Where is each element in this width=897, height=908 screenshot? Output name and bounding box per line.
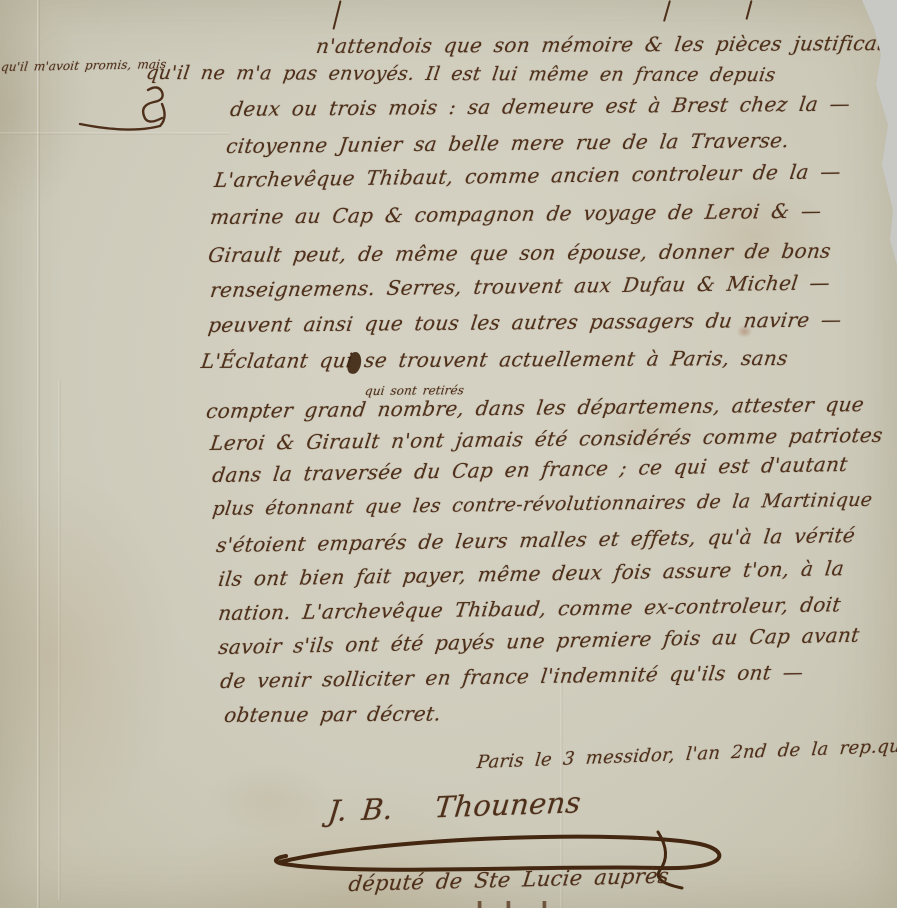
signature-name: Thounens [433,785,582,824]
cutoff-bottom-line [470,901,590,908]
manuscript-line: nation. L'archevêque Thibaud, comme ex-c… [217,592,842,625]
margin-paraph-flourish [70,82,190,132]
manuscript-line: peuvent ainsi que tous les autres passag… [207,307,843,337]
manuscript-paper: qu'il m'avoit promis, mais n'attendois q… [0,0,897,908]
manuscript-line: qu'il ne m'a pas envoyés. Il est lui mêm… [145,62,777,86]
manuscript-line: de venir solliciter en france l'indemnit… [219,660,805,693]
cutoff-letter-fragment [332,0,341,30]
manuscript-line: renseignemens. Serres, trouvent aux Dufa… [209,270,832,302]
manuscript-line: obtenue par décret. [223,701,443,727]
signature-initials: J. B. [326,792,394,828]
manuscript-line: plus étonnant que les contre-révolutionn… [211,489,874,520]
paper-crease [58,380,61,900]
paper-crease [37,0,40,908]
manuscript-line: savoir s'ils ont été payés une premiere … [217,623,861,659]
manuscript-line: ils ont bien fait payer, même deux fois … [217,556,845,591]
manuscript-line: n'attendois que son mémoire & les pièces… [315,31,897,58]
manuscript-line: marine au Cap & compagnon de voyage de L… [209,199,823,229]
cutoff-letter-fragment [663,0,671,22]
manuscript-line: compter grand nombre, dans les départeme… [205,392,866,423]
manuscript-line: s'étoient emparés de leurs malles et eff… [215,523,857,557]
manuscript-line: L'archevêque Thibaut, comme ancien contr… [213,159,842,192]
margin-note: qu'il m'avoit promis, mais [0,57,167,74]
manuscript-line: L'Éclatant qui se trouvent actuellement … [200,346,790,373]
manuscript-line: citoyenne Junier sa belle mere rue de la… [225,128,791,158]
manuscript-line: Girault peut, de même que son épouse, do… [207,239,833,267]
paper-crease [0,132,230,135]
dateline: Paris le 3 messidor, l'an 2nd de la rep.… [476,731,897,773]
manuscript-line: deux ou trois mois : sa demeure est à Br… [229,92,852,121]
manuscript-line: dans la traversée du Cap en france ; ce … [211,452,849,487]
cutoff-letter-fragment [745,0,752,20]
manuscript-line: Leroi & Girault n'ont jamais été considé… [209,423,884,455]
signature: J. B. Thounens [326,785,582,828]
